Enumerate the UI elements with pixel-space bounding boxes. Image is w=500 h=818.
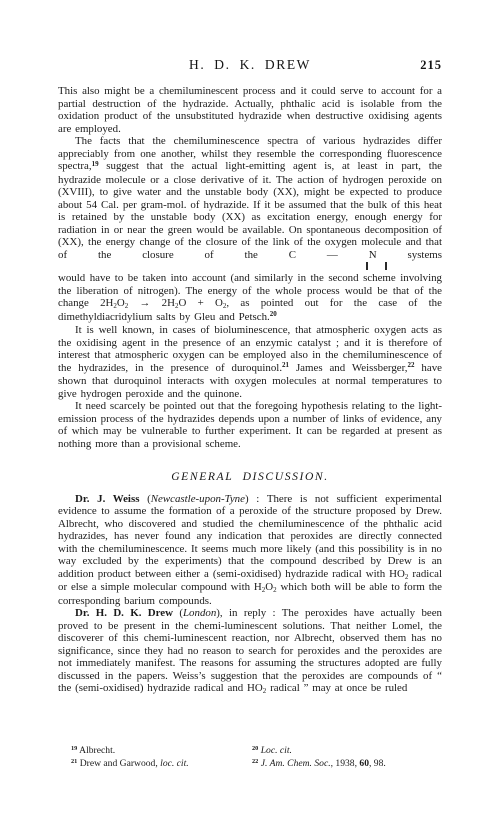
paragraph-energy-of-process: would have to be taken into account (and… <box>58 272 442 324</box>
footnote-column-right: 20 Loc. cit. 22 J. Am. Chem. Soc., 1938,… <box>252 745 442 770</box>
footnote-20: 20 Loc. cit. <box>252 745 442 758</box>
footnote-22: 22 J. Am. Chem. Soc., 1938, 60, 98. <box>252 758 442 771</box>
footnote-column-left: 19 Albrecht. 21 Drew and Garwood, loc. c… <box>58 745 252 770</box>
footnote-19: 19 Albrecht. <box>71 745 252 758</box>
paragraph-weiss-comment: Dr. J. Weiss (Newcastle-upon-Tyne) : The… <box>58 493 442 608</box>
paragraph-drew-reply: Dr. H. D. K. Drew (London), in reply : T… <box>58 607 442 696</box>
footnote-list: 19 Albrecht. 21 Drew and Garwood, loc. c… <box>58 745 442 770</box>
section-heading-general-discussion: GENERAL DISCUSSION. <box>58 471 442 484</box>
bond-stroke-icon <box>385 262 387 270</box>
running-head: H. D. K. DREW 215 <box>58 57 442 73</box>
paragraph-chemiluminescence-spectra: The facts that the chemiluminescence spe… <box>58 135 442 261</box>
paragraph-provisional-scheme: It need scarcely be pointed out that the… <box>58 400 442 450</box>
cn-bond-diagram <box>58 261 442 272</box>
footnote-21: 21 Drew and Garwood, loc. cit. <box>71 758 252 771</box>
page-number: 215 <box>420 58 442 73</box>
bond-stroke-icon <box>366 262 368 270</box>
running-head-author: H. D. K. DREW <box>58 57 442 73</box>
paragraph-chemiluminescent-process: This also might be a chemiluminescent pr… <box>58 85 442 135</box>
paragraph-bioluminescence: It is well known, in cases of biolumines… <box>58 324 442 400</box>
journal-page: H. D. K. DREW 215 This also might be a c… <box>0 0 500 818</box>
article-body: This also might be a chemiluminescent pr… <box>58 85 442 696</box>
